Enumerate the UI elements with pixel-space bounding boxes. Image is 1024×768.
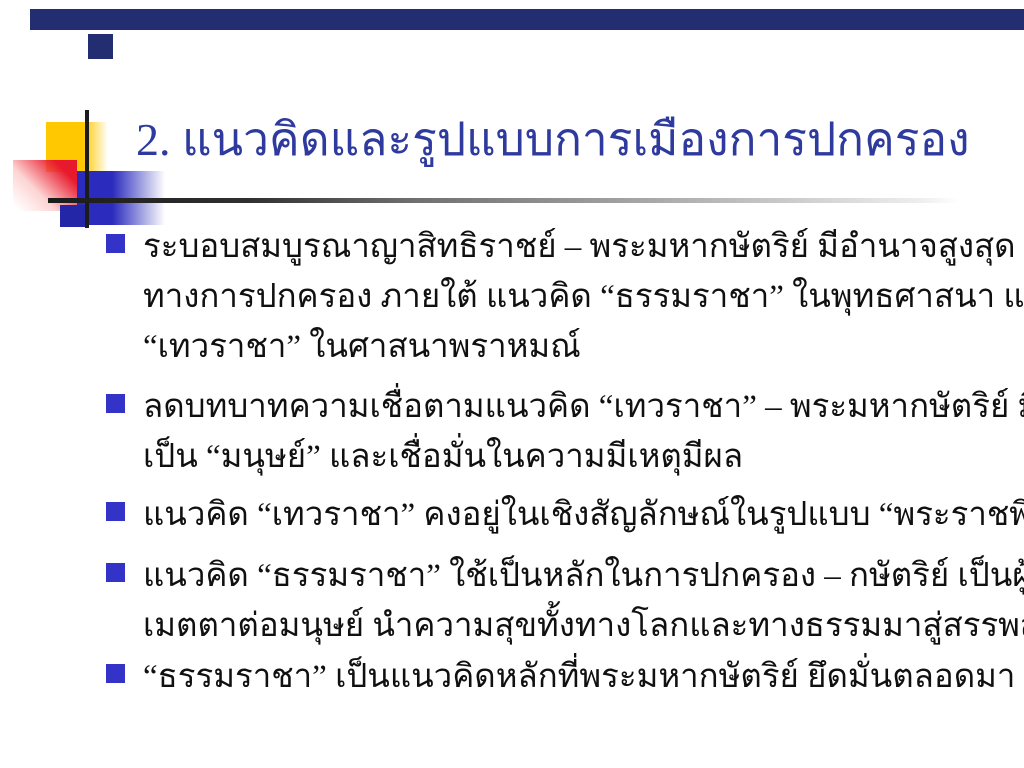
decor-navy-small-square bbox=[60, 205, 87, 227]
bullet-2-line-2: เป็น “มนุษย์” และเชื่อมั่นในความมีเหตุมี… bbox=[143, 432, 1024, 482]
bullet-square-icon bbox=[106, 394, 125, 413]
bullet-square-icon bbox=[106, 234, 125, 253]
bullet-item-5: “ธรรมราชา” เป็นแนวคิดหลักที่พระมหากษัตริ… bbox=[106, 652, 1010, 702]
bullet-4-line-1: แนวคิด “ธรรมราชา” ใช้เป็นหลักในการปกครอง… bbox=[143, 551, 1024, 601]
bullet-3-line-1: แนวคิด “เทวราชา” คงอยู่ในเชิงสัญลักษณ์ใน… bbox=[143, 490, 1024, 540]
bullet-1-line-1: ระบอบสมบูรณาญาสิทธิราชย์ – พระมหากษัตริย… bbox=[143, 222, 1024, 272]
bullet-square-icon bbox=[106, 664, 125, 683]
top-accent-bar bbox=[30, 9, 1024, 30]
slide-title: 2. แนวคิดและรูปแบบการเมืองการปกครอง bbox=[136, 112, 970, 168]
bullet-2-line-1: ลดบทบาทความเชื่อตามแนวคิด “เทวราชา” – พร… bbox=[143, 382, 1024, 432]
bullet-item-2: ลดบทบาทความเชื่อตามแนวคิด “เทวราชา” – พร… bbox=[106, 382, 1010, 482]
title-underline-rule bbox=[48, 198, 960, 203]
decor-vertical-line bbox=[85, 110, 89, 228]
bullet-square-icon bbox=[106, 502, 125, 521]
decor-red-square bbox=[13, 160, 77, 211]
bullet-5-line-1: “ธรรมราชา” เป็นแนวคิดหลักที่พระมหากษัตริ… bbox=[143, 652, 1015, 702]
bullet-square-icon bbox=[106, 563, 125, 582]
bullet-item-3: แนวคิด “เทวราชา” คงอยู่ในเชิงสัญลักษณ์ใน… bbox=[106, 490, 1010, 540]
slide-canvas: 2. แนวคิดและรูปแบบการเมืองการปกครอง ระบอ… bbox=[0, 0, 1024, 768]
bullet-1-line-3: “เทวราชา” ในศาสนาพราหมณ์ bbox=[143, 322, 1024, 372]
bullet-4-line-2: เมตตาต่อมนุษย์ นำความสุขทั้งทางโลกและทาง… bbox=[143, 601, 1024, 651]
top-accent-square bbox=[88, 34, 113, 59]
bullet-item-4: แนวคิด “ธรรมราชา” ใช้เป็นหลักในการปกครอง… bbox=[106, 551, 1010, 651]
bullet-item-1: ระบอบสมบูรณาญาสิทธิราชย์ – พระมหากษัตริย… bbox=[106, 222, 1010, 372]
bullet-1-line-2: ทางการปกครอง ภายใต้ แนวคิด “ธรรมราชา” ใน… bbox=[143, 272, 1024, 322]
